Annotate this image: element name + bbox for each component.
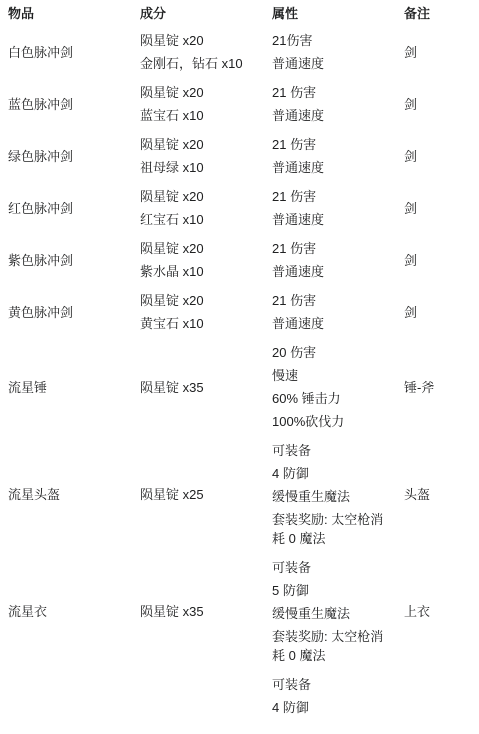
ingredient-line: 黄宝石 x10 (140, 314, 256, 333)
header-row: 物品 成分 属性 备注 (0, 0, 479, 26)
item-cell: 紫色脉冲剑 (0, 234, 132, 286)
table-body: 白色脉冲剑 陨星锭 x20金刚石，钻石 x10 21伤害普通速度 剑 蓝色脉冲剑… (0, 26, 479, 722)
attribute-line: 21 伤害 (272, 83, 388, 102)
table-row: 黄色脉冲剑 陨星锭 x20黄宝石 x10 21 伤害普通速度 剑 (0, 286, 479, 338)
ingredient-line: 紫水晶 x10 (140, 262, 256, 281)
ingredients-cell: 陨星锭 x20金刚石，钻石 x10 (132, 26, 264, 78)
table-row: 可装备4 防御 (0, 670, 479, 722)
attribute-line: 慢速 (272, 366, 388, 385)
attribute-line: 5 防御 (272, 581, 388, 600)
col-header-attributes: 属性 (264, 0, 396, 26)
attribute-line: 21 伤害 (272, 239, 388, 258)
attributes-cell: 21 伤害普通速度 (264, 286, 396, 338)
ingredients-cell: 陨星锭 x35 (132, 338, 264, 436)
attributes-cell: 20 伤害慢速60% 锤击力100%砍伐力 (264, 338, 396, 436)
note-cell: 剑 (396, 182, 479, 234)
ingredients-cell: 陨星锭 x20红宝石 x10 (132, 182, 264, 234)
attribute-line: 20 伤害 (272, 343, 388, 362)
attribute-line: 套装奖励: 太空枪消耗 0 魔法 (272, 627, 388, 665)
ingredient-line: 陨星锭 x20 (140, 187, 256, 206)
col-header-ingredients: 成分 (132, 0, 264, 26)
attributes-cell: 21 伤害普通速度 (264, 234, 396, 286)
ingredients-cell: 陨星锭 x20祖母绿 x10 (132, 130, 264, 182)
note-cell: 剑 (396, 286, 479, 338)
attribute-line: 普通速度 (272, 158, 388, 177)
ingredients-cell (132, 670, 264, 722)
ingredients-cell: 陨星锭 x20黄宝石 x10 (132, 286, 264, 338)
attribute-line: 普通速度 (272, 210, 388, 229)
item-cell: 黄色脉冲剑 (0, 286, 132, 338)
attribute-line: 普通速度 (272, 314, 388, 333)
ingredient-line: 陨星锭 x35 (140, 378, 256, 397)
ingredient-line: 金刚石，钻石 x10 (140, 54, 256, 73)
item-cell: 红色脉冲剑 (0, 182, 132, 234)
attribute-line: 60% 锤击力 (272, 389, 388, 408)
ingredient-line: 陨星锭 x20 (140, 291, 256, 310)
attribute-line: 4 防御 (272, 698, 388, 717)
attribute-line: 4 防御 (272, 464, 388, 483)
ingredients-cell: 陨星锭 x20蓝宝石 x10 (132, 78, 264, 130)
item-cell: 白色脉冲剑 (0, 26, 132, 78)
item-cell: 蓝色脉冲剑 (0, 78, 132, 130)
ingredient-line: 陨星锭 x20 (140, 239, 256, 258)
note-cell: 剑 (396, 78, 479, 130)
attribute-line: 缓慢重生魔法 (272, 604, 388, 623)
attribute-line: 缓慢重生魔法 (272, 487, 388, 506)
table-row: 流星锤 陨星锭 x35 20 伤害慢速60% 锤击力100%砍伐力 锤-斧 (0, 338, 479, 436)
attribute-line: 可装备 (272, 441, 388, 460)
ingredient-line: 陨星锭 x25 (140, 485, 256, 504)
attributes-cell: 可装备5 防御缓慢重生魔法套装奖励: 太空枪消耗 0 魔法 (264, 553, 396, 670)
table-row: 白色脉冲剑 陨星锭 x20金刚石，钻石 x10 21伤害普通速度 剑 (0, 26, 479, 78)
attributes-cell: 可装备4 防御 (264, 670, 396, 722)
ingredient-line: 蓝宝石 x10 (140, 106, 256, 125)
table-row: 绿色脉冲剑 陨星锭 x20祖母绿 x10 21 伤害普通速度 剑 (0, 130, 479, 182)
item-cell: 流星头盔 (0, 436, 132, 553)
ingredient-line: 陨星锭 x35 (140, 602, 256, 621)
note-cell: 剑 (396, 234, 479, 286)
note-cell: 剑 (396, 26, 479, 78)
attribute-line: 可装备 (272, 558, 388, 577)
ingredient-line: 陨星锭 x20 (140, 135, 256, 154)
ingredient-line: 祖母绿 x10 (140, 158, 256, 177)
item-cell: 绿色脉冲剑 (0, 130, 132, 182)
items-table: 物品 成分 属性 备注 白色脉冲剑 陨星锭 x20金刚石，钻石 x10 21伤害… (0, 0, 479, 722)
note-cell: 剑 (396, 130, 479, 182)
attribute-line: 21伤害 (272, 31, 388, 50)
table-row: 紫色脉冲剑 陨星锭 x20紫水晶 x10 21 伤害普通速度 剑 (0, 234, 479, 286)
attribute-line: 21 伤害 (272, 291, 388, 310)
attribute-line: 可装备 (272, 675, 388, 694)
note-cell (396, 670, 479, 722)
ingredients-cell: 陨星锭 x20紫水晶 x10 (132, 234, 264, 286)
item-cell (0, 670, 132, 722)
attributes-cell: 21 伤害普通速度 (264, 78, 396, 130)
note-cell: 上衣 (396, 553, 479, 670)
table-row: 流星衣 陨星锭 x35 可装备5 防御缓慢重生魔法套装奖励: 太空枪消耗 0 魔… (0, 553, 479, 670)
table-row: 蓝色脉冲剑 陨星锭 x20蓝宝石 x10 21 伤害普通速度 剑 (0, 78, 479, 130)
attribute-line: 普通速度 (272, 54, 388, 73)
table-header: 物品 成分 属性 备注 (0, 0, 479, 26)
attributes-cell: 21 伤害普通速度 (264, 130, 396, 182)
col-header-item: 物品 (0, 0, 132, 26)
ingredient-line: 陨星锭 x20 (140, 83, 256, 102)
note-cell: 头盔 (396, 436, 479, 553)
attribute-line: 21 伤害 (272, 187, 388, 206)
item-cell: 流星衣 (0, 553, 132, 670)
attributes-cell: 21 伤害普通速度 (264, 182, 396, 234)
attribute-line: 100%砍伐力 (272, 412, 388, 431)
attribute-line: 21 伤害 (272, 135, 388, 154)
table-row: 流星头盔 陨星锭 x25 可装备4 防御缓慢重生魔法套装奖励: 太空枪消耗 0 … (0, 436, 479, 553)
ingredients-cell: 陨星锭 x35 (132, 553, 264, 670)
table-row: 红色脉冲剑 陨星锭 x20红宝石 x10 21 伤害普通速度 剑 (0, 182, 479, 234)
attributes-cell: 可装备4 防御缓慢重生魔法套装奖励: 太空枪消耗 0 魔法 (264, 436, 396, 553)
col-header-note: 备注 (396, 0, 479, 26)
ingredient-line: 陨星锭 x20 (140, 31, 256, 50)
attributes-cell: 21伤害普通速度 (264, 26, 396, 78)
item-cell: 流星锤 (0, 338, 132, 436)
attribute-line: 套装奖励: 太空枪消耗 0 魔法 (272, 510, 388, 548)
note-cell: 锤-斧 (396, 338, 479, 436)
attribute-line: 普通速度 (272, 106, 388, 125)
ingredients-cell: 陨星锭 x25 (132, 436, 264, 553)
ingredient-line: 红宝石 x10 (140, 210, 256, 229)
attribute-line: 普通速度 (272, 262, 388, 281)
